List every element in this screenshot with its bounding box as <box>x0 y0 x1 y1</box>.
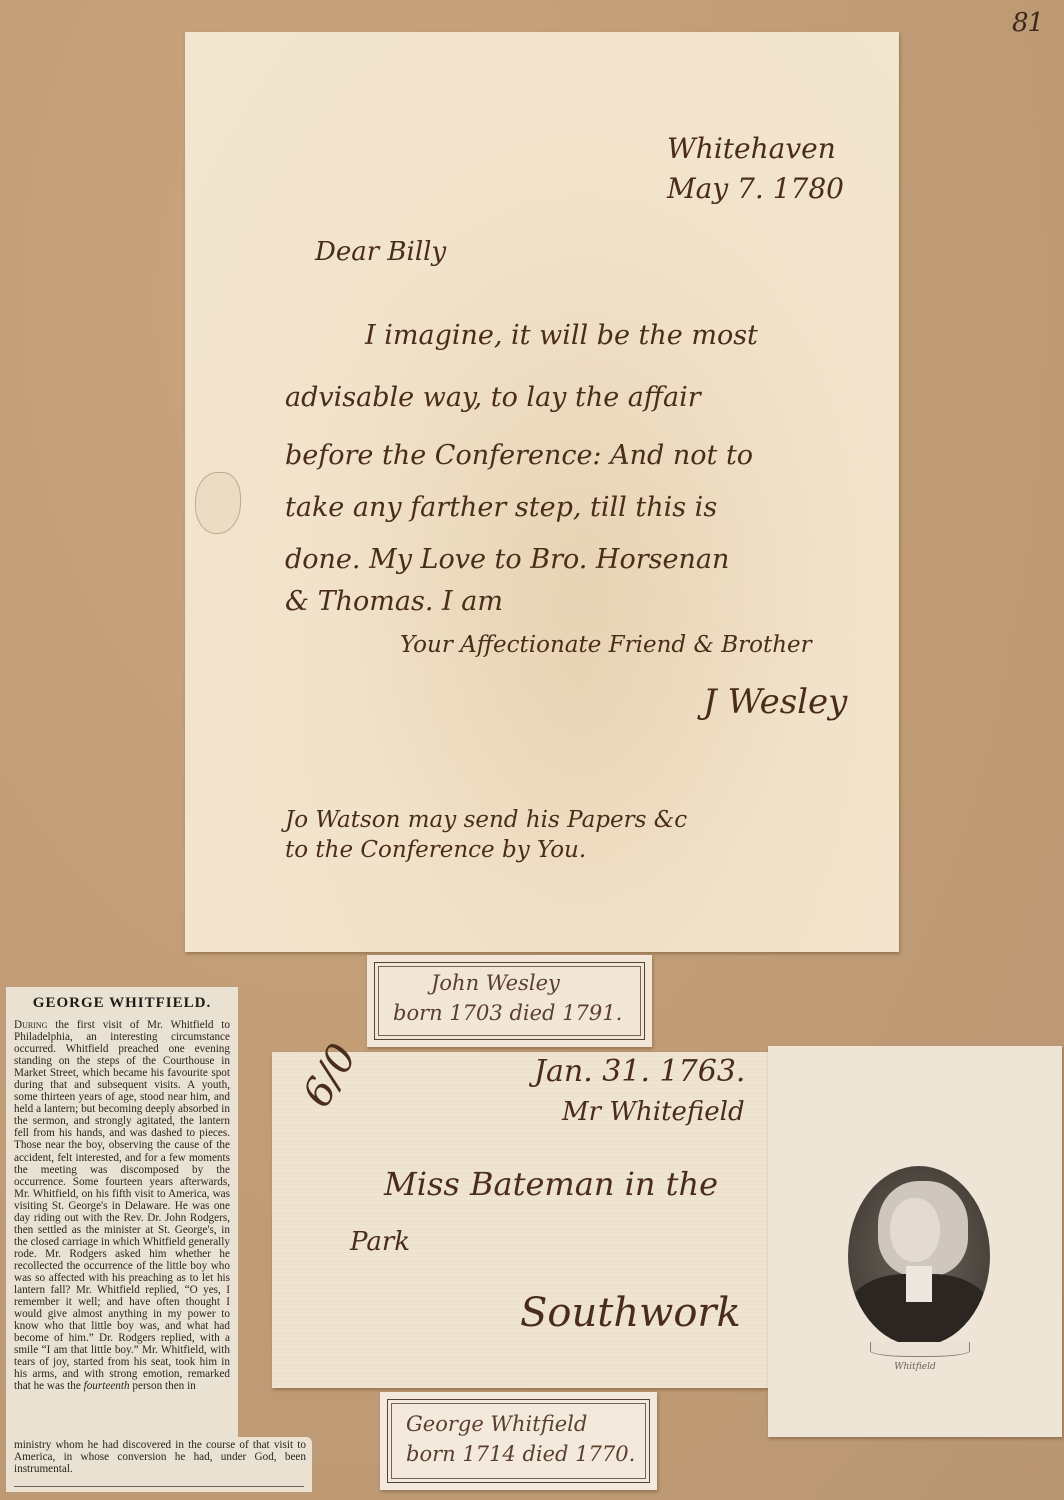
letter-postscript-line: Jo Watson may send his Papers &c <box>285 807 687 833</box>
newspaper-clipping: GEORGE WHITFIELD. During the first visit… <box>6 987 238 1437</box>
clipping-text: the first visit of Mr. Whitfield to Phil… <box>14 1019 230 1392</box>
envelope-address-line: Park <box>350 1227 410 1257</box>
letter-line: before the Conference: And not to <box>285 440 753 471</box>
portrait-caption: Whitfield <box>768 1362 1062 1372</box>
letter-line: & Thomas. I am <box>285 586 503 617</box>
postage-rate-mark: 6/0 <box>294 1036 366 1115</box>
wesley-letter: Whitehaven May 7. 1780 Dear Billy I imag… <box>185 32 899 952</box>
newspaper-clipping-tail: ministry whom he had discovered in the c… <box>6 1437 312 1492</box>
label-dates: born 1714 died 1770. <box>406 1442 635 1466</box>
letter-line: I imagine, it will be the most <box>365 320 758 351</box>
portrait-plinth <box>870 1342 970 1357</box>
clipping-emphasis: fourteenth <box>84 1380 130 1392</box>
whitfield-portrait-engraving: Whitfield <box>768 1046 1062 1437</box>
water-stain <box>305 182 865 902</box>
envelope-date: Jan. 31. 1763. <box>534 1054 745 1089</box>
whitefield-address-panel: 6/0 Jan. 31. 1763. Mr Whitefield Miss Ba… <box>272 1052 768 1388</box>
envelope-address-line: Southwork <box>520 1290 741 1336</box>
label-name: George Whitfield <box>406 1412 587 1436</box>
letter-postscript-line: to the Conference by You. <box>285 837 586 863</box>
label-dates: born 1703 died 1791. <box>393 1001 622 1025</box>
george-whitfield-label: George Whitfield born 1714 died 1770. <box>380 1392 657 1490</box>
clipping-tail-text: ministry whom he had discovered in the c… <box>14 1439 306 1475</box>
letter-date: May 7. 1780 <box>667 172 844 205</box>
letter-line: take any farther step, till this is <box>285 492 717 523</box>
letter-salutation: Dear Billy <box>315 237 446 267</box>
john-wesley-label: John Wesley born 1703 died 1791. <box>367 955 652 1047</box>
clipping-rule <box>14 1486 304 1487</box>
clipping-title: GEORGE WHITFIELD. <box>6 995 238 1012</box>
letter-place: Whitehaven <box>667 132 836 165</box>
clipping-drop-word: During <box>14 1019 47 1031</box>
letter-line: advisable way, to lay the affair <box>285 382 701 413</box>
portrait-oval-icon <box>848 1166 990 1346</box>
album-page-number: 81 <box>1012 8 1043 38</box>
letter-signature: J Wesley <box>703 682 847 722</box>
envelope-sender: Mr Whitefield <box>562 1097 745 1127</box>
clipping-body: During the first visit of Mr. Whitfield … <box>14 1019 230 1392</box>
label-name: John Wesley <box>431 971 560 995</box>
letter-line: done. My Love to Bro. Horsenan <box>285 544 729 575</box>
clipping-text-end: person then in <box>130 1380 196 1392</box>
adhesive-stain <box>195 472 241 534</box>
letter-closing: Your Affectionate Friend & Brother <box>400 632 812 658</box>
envelope-address-line: Miss Bateman in the <box>384 1165 718 1203</box>
